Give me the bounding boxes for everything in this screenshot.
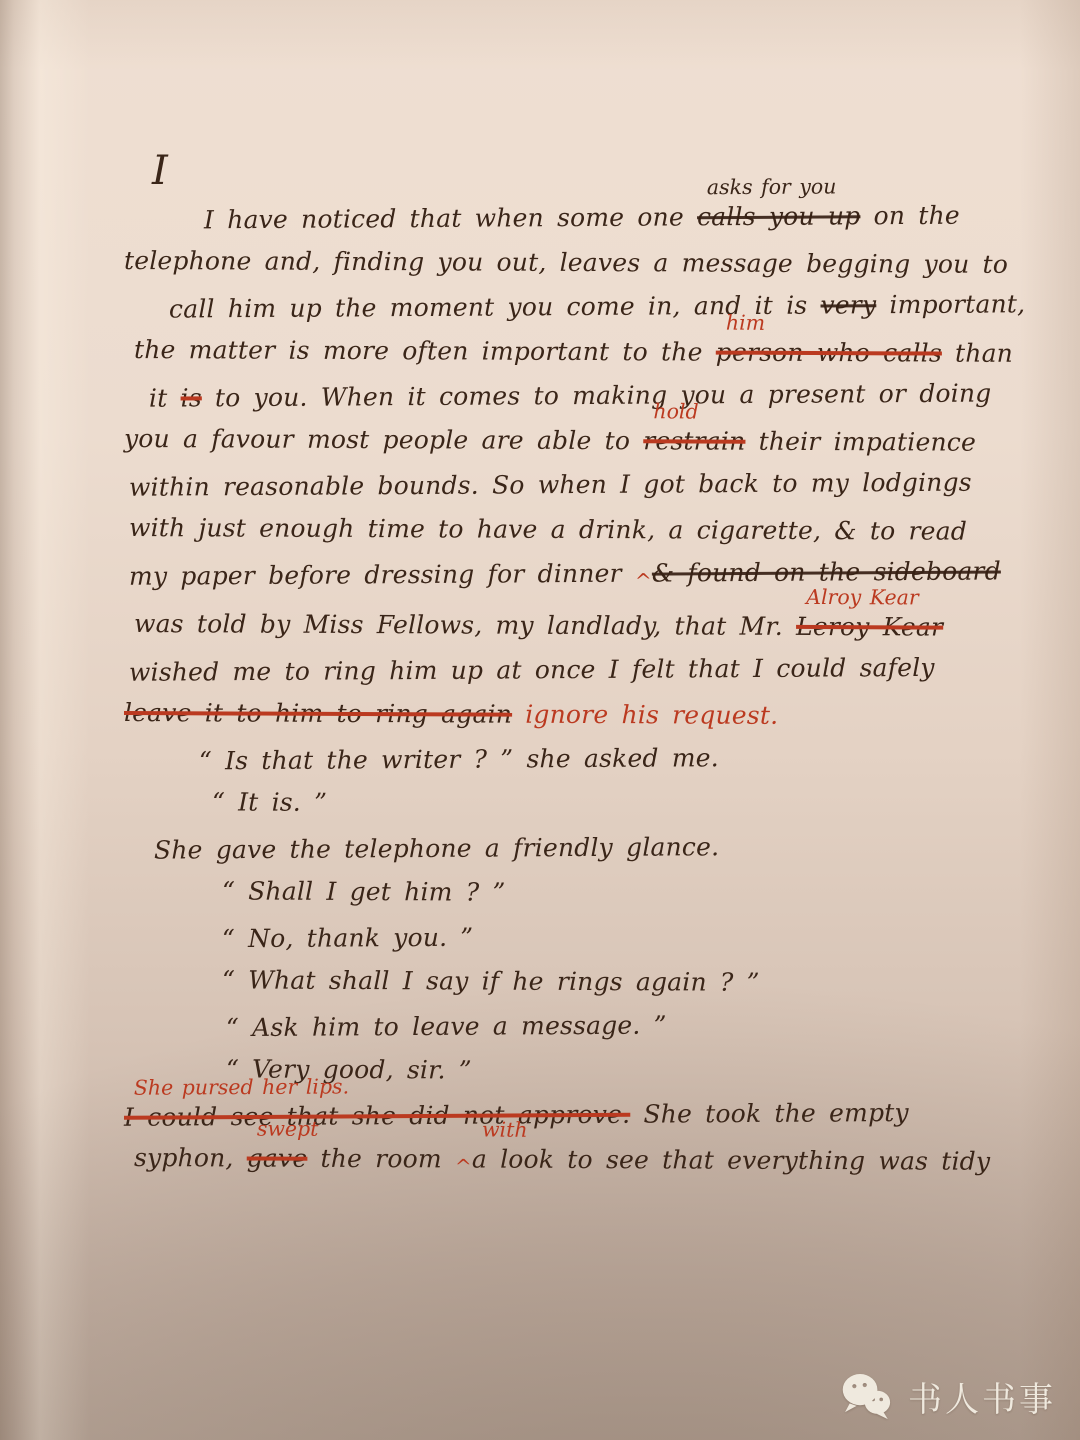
deleted-text: restrainhold xyxy=(643,426,745,455)
manuscript-line: wished me to ring him up at once I felt … xyxy=(124,645,1044,695)
handwritten-text: I have noticed that when some one xyxy=(204,202,697,234)
handwritten-text: my paper before dressing for dinner xyxy=(129,559,635,591)
inserted-correction: hold xyxy=(653,401,698,421)
handwritten-text: on the xyxy=(860,201,960,231)
manuscript-body: I have noticed that when some one calls … xyxy=(124,196,1044,1189)
inserted-correction: Alroy Kear xyxy=(806,586,919,606)
manuscript-line: telephone and, finding you out, leaves a… xyxy=(124,238,1044,287)
handwritten-text: important, xyxy=(876,289,1025,319)
manuscript-line: leave it to him to ring again ignore his… xyxy=(124,690,1044,739)
manuscript-line: you a favour most people are able to res… xyxy=(124,416,1044,465)
handwritten-text: look to see that everything was tidy xyxy=(487,1144,990,1175)
handwritten-text: you a favour most people are able to xyxy=(124,423,643,454)
handwritten-text: their impatience xyxy=(745,426,976,456)
manuscript-line: “ Is that the writer ? ” she asked me. xyxy=(124,734,1044,784)
handwritten-text: “ Ask him to leave a message. ” xyxy=(226,1010,667,1042)
manuscript-line: “ Shall I get him ? ” xyxy=(124,868,1044,917)
insertion-caret: ^ xyxy=(635,569,652,593)
handwritten-text: to you. When it comes to making you a pr… xyxy=(202,379,992,413)
deleted-text: & found on the sideboard xyxy=(652,556,1001,587)
deleted-text: I could see that she did not approve.She… xyxy=(124,1100,630,1132)
handwritten-text: awith xyxy=(472,1144,487,1173)
handwritten-text: the matter is more often important to th… xyxy=(134,335,716,367)
manuscript-line: with just enough time to have a drink, a… xyxy=(124,505,1044,554)
wechat-icon xyxy=(838,1370,896,1422)
manuscript-line: “ It is. ” xyxy=(124,779,1044,828)
manuscript-line: the matter is more often important to th… xyxy=(124,327,1044,376)
handwritten-text: “ Shall I get him ? ” xyxy=(222,876,506,906)
inserted-correction: asks for you xyxy=(707,176,837,197)
handwritten-text: the room xyxy=(307,1143,455,1173)
deleted-text: very xyxy=(820,290,876,319)
manuscript-line: She gave the telephone a friendly glance… xyxy=(124,823,1044,873)
chapter-number: I xyxy=(152,148,168,194)
handwritten-text: “ What shall I say if he rings again ? ” xyxy=(222,965,760,996)
inserted-correction: with xyxy=(482,1119,528,1139)
manuscript-line: within reasonable bounds. So when I got … xyxy=(124,460,1044,510)
inserted-correction: swept xyxy=(257,1118,319,1138)
handwritten-text: it xyxy=(149,383,181,412)
handwritten-text: wished me to ring him up at once I felt … xyxy=(129,653,935,687)
handwritten-text: with just enough time to have a drink, a… xyxy=(129,513,967,546)
manuscript-line: it is to you. When it comes to making yo… xyxy=(124,371,1044,421)
manuscript-line: was told by Miss Fellows, my landlady, t… xyxy=(124,601,1044,650)
watermark: 书人书事 xyxy=(838,1370,1056,1422)
book-page-photo: I I have noticed that when some one call… xyxy=(0,0,1080,1440)
handwritten-text: “ Is that the writer ? ” she asked me. xyxy=(199,743,719,775)
handwritten-text: “ It is. ” xyxy=(212,787,327,817)
inserted-correction: him xyxy=(726,312,765,332)
deleted-text: gaveswept xyxy=(247,1143,308,1172)
handwritten-text: She gave the telephone a friendly glance… xyxy=(154,832,719,864)
inserted-correction: She pursed her lips. xyxy=(134,1076,349,1097)
deleted-text: person who callshim xyxy=(716,337,942,367)
watermark-text: 书人书事 xyxy=(908,1372,1056,1421)
red-ink-text: ignore his request. xyxy=(525,699,778,729)
handwritten-text: She took the empty xyxy=(630,1098,909,1129)
manuscript-line: call him up the moment you come in, and … xyxy=(124,282,1044,332)
handwritten-text: was told by Miss Fellows, my landlady, t… xyxy=(134,609,796,641)
deleted-text: Leroy KearAlroy Kear xyxy=(796,611,943,641)
manuscript-page: I I have noticed that when some one call… xyxy=(0,0,1080,1440)
deleted-text: leave it to him to ring again xyxy=(124,697,512,728)
handwritten-text: than xyxy=(942,338,1013,367)
handwritten-text: call him up the moment you come in, and … xyxy=(169,291,821,324)
insertion-caret: ^ xyxy=(455,1154,472,1178)
manuscript-line: syphon, gaveswept the room ^awith look t… xyxy=(124,1135,1044,1191)
handwritten-text: within reasonable bounds. So when I got … xyxy=(129,468,972,502)
manuscript-line: “ Ask him to leave a message. ” xyxy=(124,1001,1044,1051)
handwritten-text: syphon, xyxy=(134,1143,247,1172)
handwritten-text: telephone and, finding you out, leaves a… xyxy=(124,245,1008,278)
manuscript-line: “ What shall I say if he rings again ? ” xyxy=(124,957,1044,1006)
handwritten-text: “ No, thank you. ” xyxy=(222,923,474,954)
manuscript-line: I have noticed that when some one calls … xyxy=(124,193,1044,243)
manuscript-line: “ No, thank you. ” xyxy=(124,912,1044,962)
deleted-text: is xyxy=(181,383,202,412)
handwritten-text xyxy=(512,699,525,728)
deleted-text: calls you upasks for you xyxy=(697,201,861,231)
